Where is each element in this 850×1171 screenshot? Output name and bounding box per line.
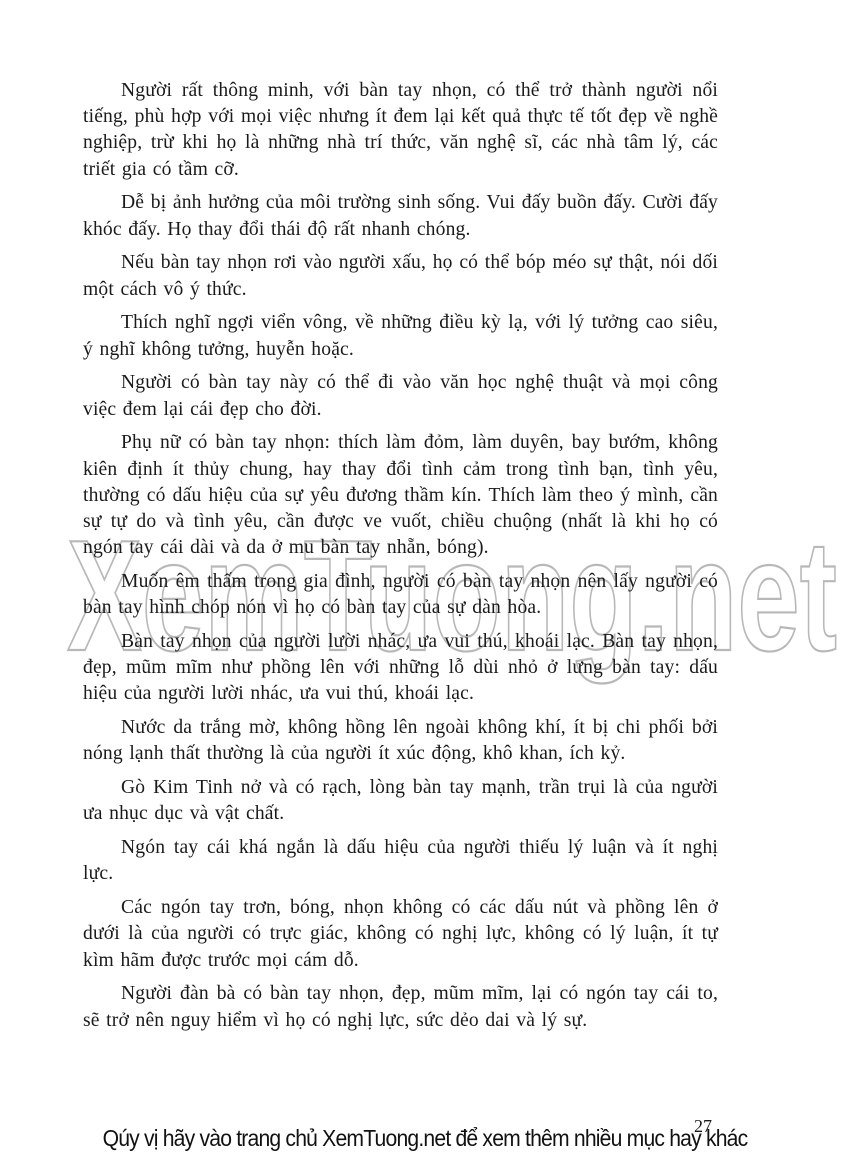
paragraph: Ngón tay cái khá ngắn là dấu hiệu của ng… <box>83 835 718 887</box>
paragraph: Gò Kim Tinh nở và có rạch, lòng bàn tay … <box>83 775 718 827</box>
paragraph: Dễ bị ảnh hưởng của môi trường sinh sống… <box>83 190 718 242</box>
paragraph: Người có bàn tay này có thể đi vào văn h… <box>83 370 718 422</box>
paragraph: Nếu bàn tay nhọn rơi vào người xấu, họ c… <box>83 250 718 302</box>
paragraph: Thích nghĩ ngợi viển vông, về những điều… <box>83 310 718 362</box>
paragraph: Phụ nữ có bàn tay nhọn: thích làm đỏm, l… <box>83 430 718 561</box>
paragraph: Muốn êm thấm trong gia đình, người có bà… <box>83 569 718 621</box>
footer-promo-text: Qúy vị hãy vào trang chủ XemTuong.net để… <box>43 1125 808 1152</box>
paragraph: Người đàn bà có bàn tay nhọn, đẹp, mũm m… <box>83 981 718 1033</box>
paragraph: Bàn tay nhọn của người lười nhác, ưa vui… <box>83 629 718 708</box>
document-body: Người rất thông minh, với bàn tay nhọn, … <box>83 78 718 1041</box>
paragraph: Nước da trắng mờ, không hồng lên ngoài k… <box>83 715 718 767</box>
paragraph: Các ngón tay trơn, bóng, nhọn không có c… <box>83 895 718 974</box>
page-number: 27 <box>694 1116 712 1137</box>
paragraph: Người rất thông minh, với bàn tay nhọn, … <box>83 78 718 183</box>
book-page: XemTuong.net Người rất thông minh, với b… <box>0 0 850 1171</box>
